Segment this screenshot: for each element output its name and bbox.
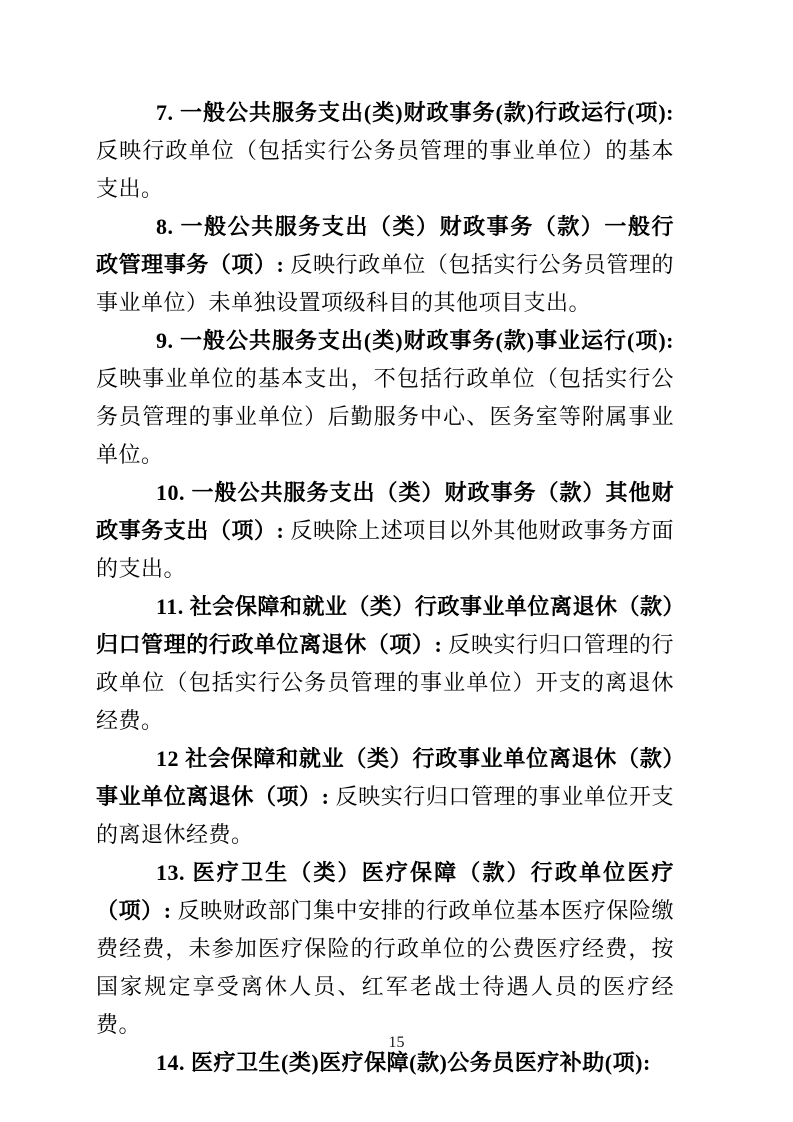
paragraph-8: 8. 一般公共服务支出（类）财政事务（款）一般行政管理事务（项）: 反映行政单位… bbox=[96, 208, 674, 322]
paragraph-7: 7. 一般公共服务支出(类)财政事务(款)行政运行(项): 反映行政单位（包括实… bbox=[96, 94, 674, 208]
paragraph-11: 11. 社会保障和就业（类）行政事业单位离退休（款）归口管理的行政单位离退休（项… bbox=[96, 588, 674, 740]
paragraph-7-body: 反映行政单位（包括实行公务员管理的事业单位）的基本支出。 bbox=[96, 138, 674, 201]
paragraph-14-heading: 14. 医疗卫生(类)医疗保障(款)公务员医疗补助(项): bbox=[156, 1050, 651, 1075]
paragraph-13-body: 反映财政部门集中安排的行政单位基本医疗保险缴费经费，未参加医疗保险的行政单位的公… bbox=[96, 898, 674, 1037]
text-block: 7. 一般公共服务支出(类)财政事务(款)行政运行(项): 反映行政单位（包括实… bbox=[96, 94, 674, 1082]
paragraph-7-heading: 7. 一般公共服务支出(类)财政事务(款)行政运行(项): bbox=[156, 100, 674, 125]
paragraph-9-body: 反映事业单位的基本支出，不包括行政单位（包括实行公务员管理的事业单位）后勤服务中… bbox=[96, 366, 674, 467]
paragraph-9: 9. 一般公共服务支出(类)财政事务(款)事业运行(项): 反映事业单位的基本支… bbox=[96, 322, 674, 474]
paragraph-10: 10. 一般公共服务支出（类）财政事务（款）其他财政事务支出（项）: 反映除上述… bbox=[96, 474, 674, 588]
paragraph-9-heading: 9. 一般公共服务支出(类)财政事务(款)事业运行(项): bbox=[156, 328, 674, 353]
document-page: 7. 一般公共服务支出(类)财政事务(款)行政运行(项): 反映行政单位（包括实… bbox=[0, 0, 793, 1122]
page-number: 15 bbox=[0, 1034, 793, 1052]
paragraph-12: 12 社会保障和就业（类）行政事业单位离退休（款）事业单位离退休（项）: 反映实… bbox=[96, 740, 674, 854]
paragraph-13: 13. 医疗卫生（类）医疗保障（款）行政单位医疗（项）: 反映财政部门集中安排的… bbox=[96, 854, 674, 1044]
